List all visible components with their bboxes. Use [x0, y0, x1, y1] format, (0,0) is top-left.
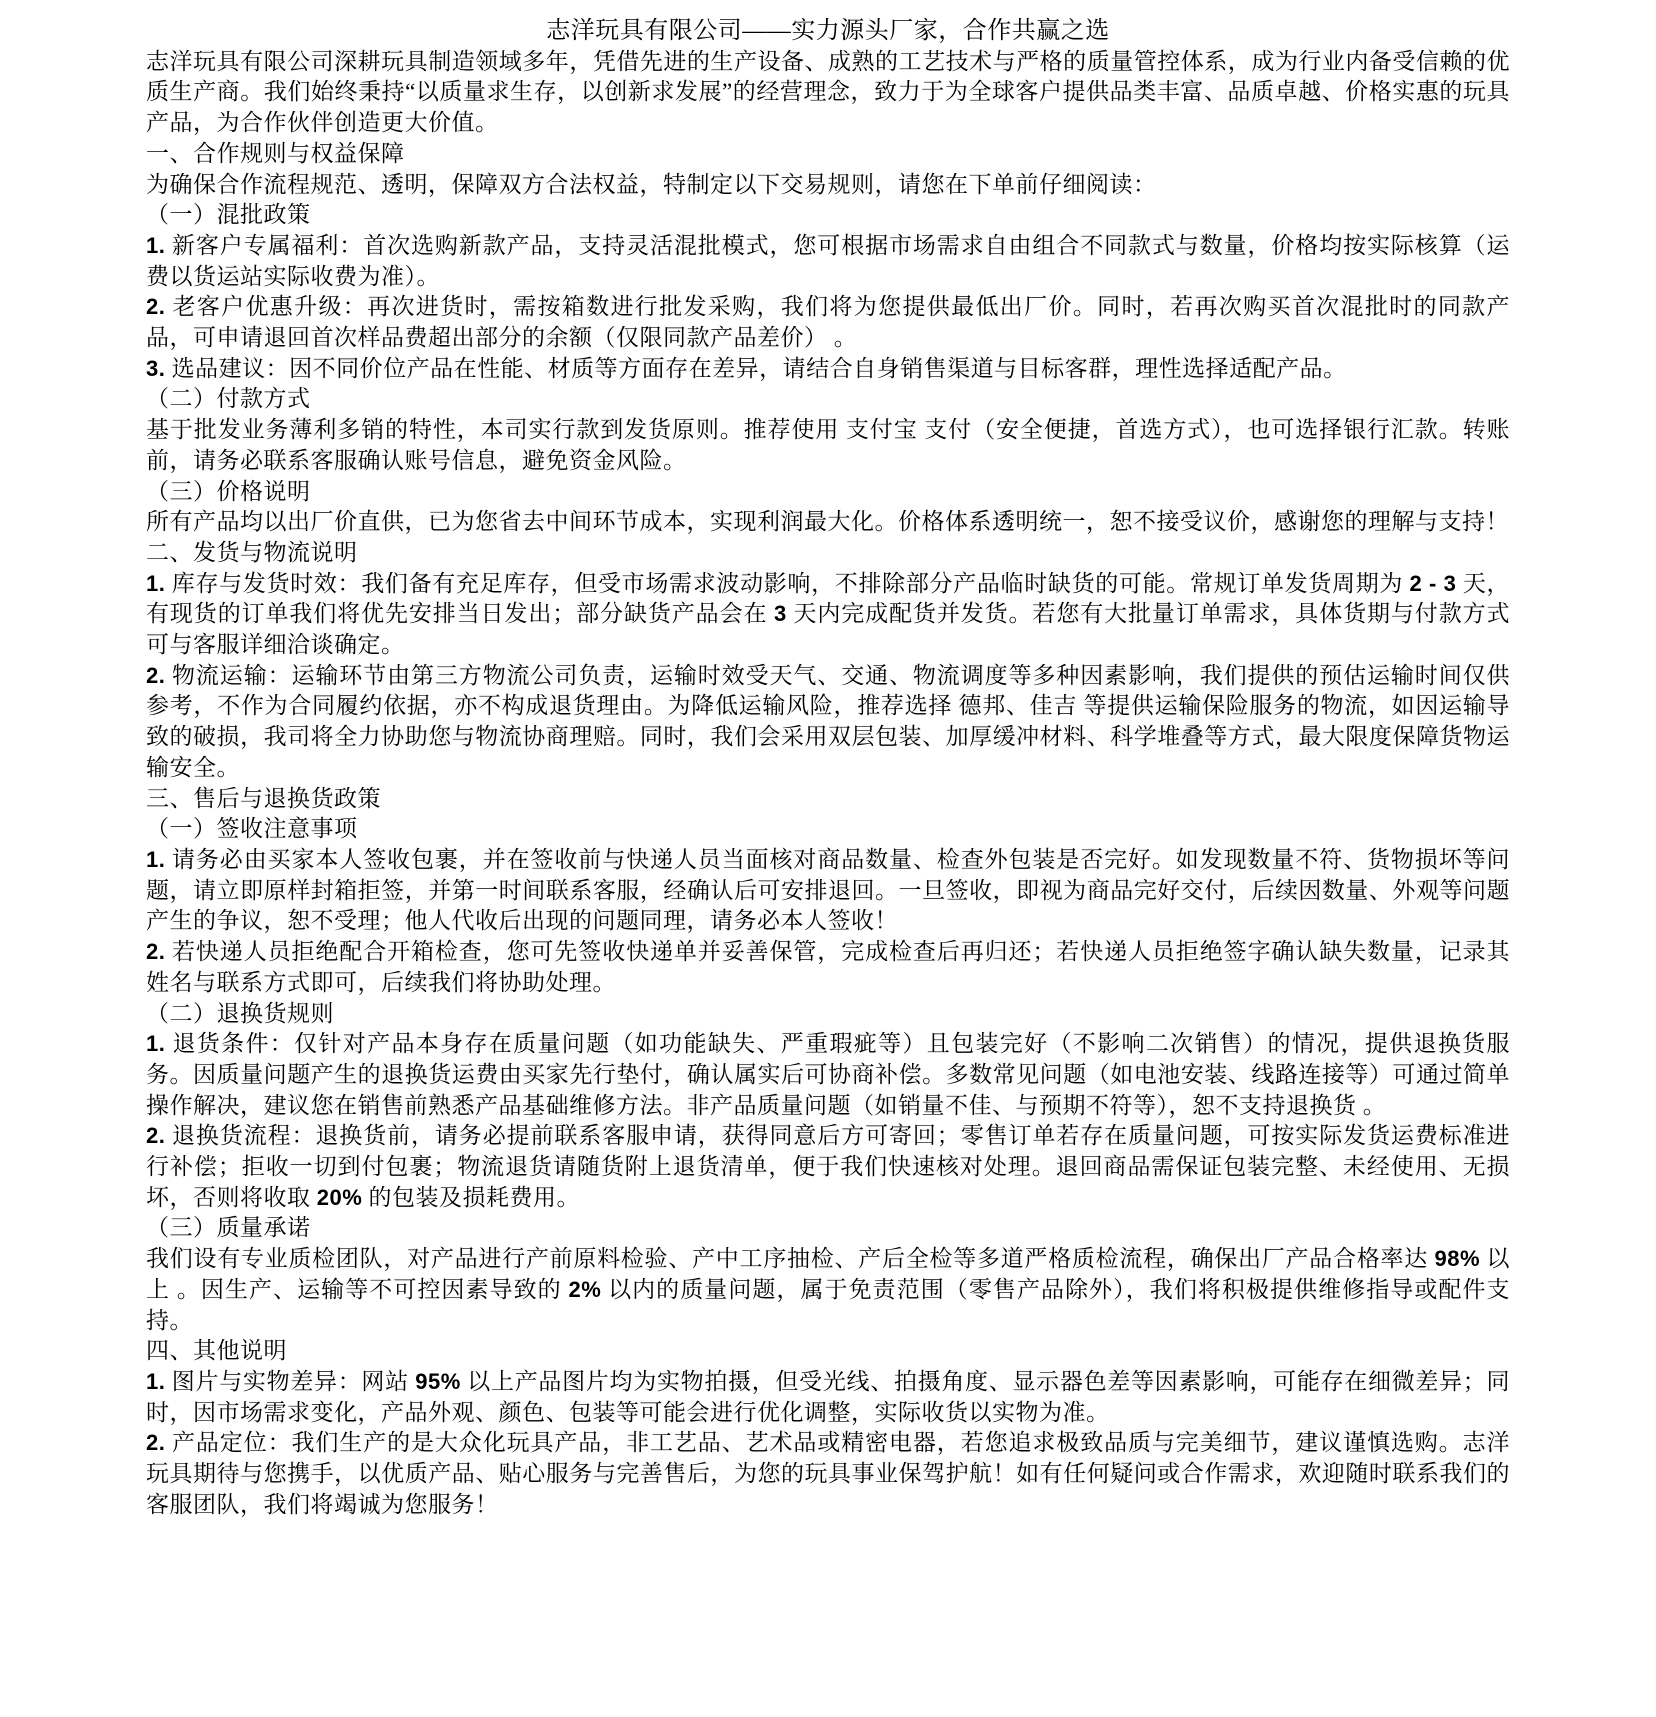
section-heading: 四、其他说明: [146, 1336, 1510, 1367]
body-text: 老客户优惠升级：再次进货时，需按箱数进行批发采购，我们将为您提供最低出厂价。同时…: [146, 294, 1510, 350]
paragraph: 1. 图片与实物差异：网站 95% 以上产品图片均为实物拍摄，但受光线、拍摄角度…: [146, 1367, 1510, 1428]
paragraph: 1. 退货条件：仅针对产品本身存在质量问题（如功能缺失、严重瑕疵等）且包装完好（…: [146, 1029, 1510, 1121]
bold-number-text: 1.: [146, 847, 165, 872]
bold-number-text: 2.: [146, 1430, 165, 1455]
paragraph: 3. 选品建议：因不同价位产品在性能、材质等方面存在差异，请结合自身销售渠道与目…: [146, 354, 1510, 385]
bold-number-text: 1.: [146, 1369, 165, 1394]
body-text: 退货条件：仅针对产品本身存在质量问题（如功能缺失、严重瑕疵等）且包装完好（不影响…: [146, 1031, 1510, 1117]
bold-number-text: 95%: [415, 1369, 461, 1394]
bold-number-text: 3.: [146, 356, 165, 381]
body-text: 所有产品均以出厂价直供，已为您省去中间环节成本，实现利润最大化。价格体系透明统一…: [146, 509, 1509, 534]
body-text: 为确保合作流程规范、透明，保障双方合法权益，特制定以下交易规则，请您在下单前仔细…: [146, 172, 1157, 197]
document-title: 志洋玩具有限公司——实力源头厂家，合作共赢之选: [146, 16, 1510, 47]
body-text: 三、售后与退换货政策: [146, 786, 381, 811]
paragraph: 为确保合作流程规范、透明，保障双方合法权益，特制定以下交易规则，请您在下单前仔细…: [146, 170, 1510, 201]
bold-number-text: 2.: [146, 294, 165, 319]
body-text: 我们设有专业质检团队，对产品进行产前原料检验、产中工序抽检、产后全检等多道严格质…: [146, 1246, 1434, 1271]
section-heading: 二、发货与物流说明: [146, 538, 1510, 569]
body-text: （三）质量承诺: [146, 1215, 311, 1240]
body-text: 若快递人员拒绝配合开箱检查，您可先签收快递单并妥善保管，完成检查后再归还；若快递…: [146, 939, 1510, 995]
bold-number-text: 1.: [146, 1031, 165, 1056]
bold-number-text: 2 - 3: [1410, 571, 1457, 596]
bold-number-text: 98%: [1434, 1246, 1480, 1271]
bold-number-text: 2.: [146, 939, 165, 964]
paragraph: 2. 退换货流程：退换货前，请务必提前联系客服申请，获得同意后方可寄回；零售订单…: [146, 1121, 1510, 1213]
paragraph: 基于批发业务薄利多销的特性，本司实行款到发货原则。推荐使用 支付宝 支付（安全便…: [146, 415, 1510, 476]
section-heading: （三）质量承诺: [146, 1213, 1510, 1244]
paragraph: 1. 新客户专属福利：首次选购新款产品，支持灵活混批模式，您可根据市场需求自由组…: [146, 231, 1510, 292]
section-heading: （一）混批政策: [146, 200, 1510, 231]
body-text: 物流运输：运输环节由第三方物流公司负责，运输时效受天气、交通、物流调度等多种因素…: [146, 663, 1510, 780]
bold-number-text: 20%: [317, 1185, 363, 1210]
section-heading: （二）退换货规则: [146, 999, 1510, 1030]
paragraph: 2. 产品定位：我们生产的是大众化玩具产品，非工艺品、艺术品或精密电器，若您追求…: [146, 1428, 1510, 1520]
section-heading: （一）签收注意事项: [146, 814, 1510, 845]
body-text: 志洋玩具有限公司深耕玩具制造领域多年，凭借先进的生产设备、成熟的工艺技术与严格的…: [146, 49, 1510, 135]
body-text: 新客户专属福利：首次选购新款产品，支持灵活混批模式，您可根据市场需求自由组合不同…: [146, 233, 1510, 289]
body-text: （二）退换货规则: [146, 1001, 334, 1026]
paragraph: 志洋玩具有限公司深耕玩具制造领域多年，凭借先进的生产设备、成熟的工艺技术与严格的…: [146, 47, 1510, 139]
document-body: 志洋玩具有限公司——实力源头厂家，合作共赢之选志洋玩具有限公司深耕玩具制造领域多…: [146, 16, 1510, 1520]
bold-number-text: 2%: [568, 1277, 601, 1302]
body-text: 图片与实物差异：网站: [165, 1369, 415, 1394]
bold-number-text: 2.: [146, 663, 165, 688]
paragraph: 2. 物流运输：运输环节由第三方物流公司负责，运输时效受天气、交通、物流调度等多…: [146, 661, 1510, 784]
paragraph: 1. 请务必由买家本人签收包裹，并在签收前与快递人员当面核对商品数量、检查外包装…: [146, 845, 1510, 937]
paragraph: 1. 库存与发货时效：我们备有充足库存，但受市场需求波动影响，不排除部分产品临时…: [146, 569, 1510, 661]
bold-number-text: 1.: [146, 233, 165, 258]
body-text: 志洋玩具有限公司——实力源头厂家，合作共赢之选: [546, 18, 1110, 44]
paragraph: 我们设有专业质检团队，对产品进行产前原料检验、产中工序抽检、产后全检等多道严格质…: [146, 1244, 1510, 1336]
body-text: （三）价格说明: [146, 479, 311, 504]
bold-number-text: 1.: [146, 571, 165, 596]
body-text: （二）付款方式: [146, 386, 311, 411]
body-text: 的包装及损耗费用。: [362, 1185, 580, 1210]
body-text: 选品建议：因不同价位产品在性能、材质等方面存在差异，请结合自身销售渠道与目标客群…: [165, 356, 1346, 381]
section-heading: 三、售后与退换货政策: [146, 784, 1510, 815]
body-text: 基于批发业务薄利多销的特性，本司实行款到发货原则。推荐使用 支付宝 支付（安全便…: [146, 417, 1510, 473]
document-page: 志洋玩具有限公司——实力源头厂家，合作共赢之选志洋玩具有限公司深耕玩具制造领域多…: [0, 0, 1656, 1717]
paragraph: 所有产品均以出厂价直供，已为您省去中间环节成本，实现利润最大化。价格体系透明统一…: [146, 507, 1510, 538]
section-heading: （三）价格说明: [146, 477, 1510, 508]
body-text: 库存与发货时效：我们备有充足库存，但受市场需求波动影响，不排除部分产品临时缺货的…: [165, 571, 1409, 596]
body-text: 四、其他说明: [146, 1338, 287, 1363]
body-text: 一、合作规则与权益保障: [146, 141, 405, 166]
paragraph: 2. 若快递人员拒绝配合开箱检查，您可先签收快递单并妥善保管，完成检查后再归还；…: [146, 937, 1510, 998]
bold-number-text: 3: [774, 601, 787, 626]
body-text: （一）混批政策: [146, 202, 311, 227]
paragraph: 2. 老客户优惠升级：再次进货时，需按箱数进行批发采购，我们将为您提供最低出厂价…: [146, 292, 1510, 353]
bold-number-text: 2.: [146, 1123, 165, 1148]
section-heading: 一、合作规则与权益保障: [146, 139, 1510, 170]
body-text: 请务必由买家本人签收包裹，并在签收前与快递人员当面核对商品数量、检查外包装是否完…: [146, 847, 1510, 933]
body-text: （一）签收注意事项: [146, 816, 358, 841]
section-heading: （二）付款方式: [146, 384, 1510, 415]
body-text: 二、发货与物流说明: [146, 540, 358, 565]
body-text: 产品定位：我们生产的是大众化玩具产品，非工艺品、艺术品或精密电器，若您追求极致品…: [146, 1430, 1510, 1516]
